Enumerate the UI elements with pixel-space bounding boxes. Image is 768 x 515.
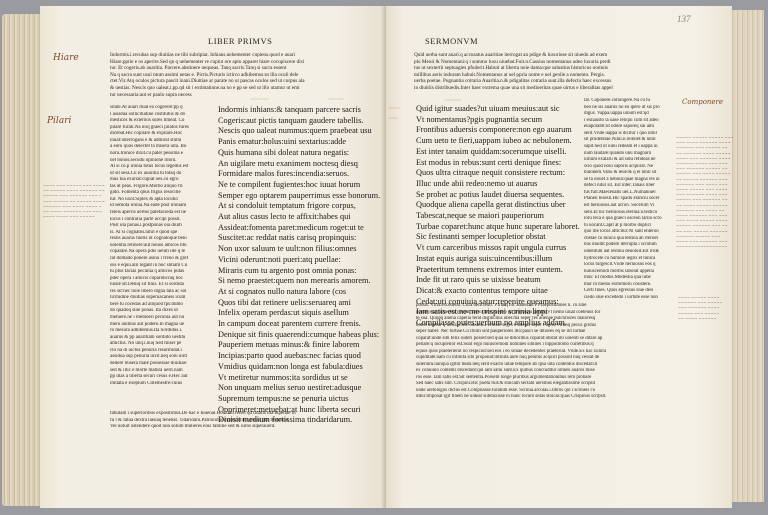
commentary-bottom-right: possis. Vltra.excededo. Citra deficiedo.…	[416, 303, 678, 401]
left-page: LIBER PRIMVS Hiare Pilari ~~~~ ~~~ ~~~~~…	[40, 6, 386, 508]
interlinear-gloss: ~~~~~~~~~	[444, 98, 461, 102]
margin-note-componere: Componere	[682, 98, 723, 106]
handwritten-marginalia-right: ~~~~~ ~~~~~ ~~~~~ ~~~~~~ ~~~~ ~~~~~~ ~~~…	[676, 136, 730, 250]
running-head-left: LIBER PRIMVS	[208, 36, 272, 46]
margin-note-pilari: Pilari	[47, 116, 71, 126]
handwritten-marginalia-left: ~~~~ ~~~ ~~~~~ ~~~ ~~~~~~ ~~~~~ ~~~~ ~~~…	[43, 184, 93, 220]
open-book: LIBER PRIMVS Hiare Pilari ~~~~ ~~~ ~~~~~…	[0, 0, 768, 515]
interlinear-gloss: ~~~~~	[388, 116, 397, 120]
interlinear-gloss: ~~~~ ~~~~	[328, 97, 344, 101]
commentary-right-column: lat. Coponere.cotiungere.Na cu tu beo ne…	[584, 98, 678, 301]
page-edges-right	[730, 10, 764, 502]
commentary-top-left: Indormis.i.recubas sup diuitias ne tibi …	[110, 52, 378, 98]
interlinear-gloss: ~~~~~~	[388, 106, 399, 110]
verse-text-left: Indormis inhians:& tanquam parcere sacri…	[218, 105, 383, 426]
commentary-top-right: Quid uerba sunt auari.q accusatus auarit…	[414, 52, 677, 92]
commentary-left-column: sitate.At auari ituat ea cogerere:pp q i…	[110, 105, 208, 387]
handwritten-marginalia-right-lower: ~~~~ ~~~~~ ~~~~~~~~~~ ~~~ ~~~~~~~~ ~~~~~…	[678, 296, 728, 322]
interlinear-gloss: ~~~~~~~~~~	[250, 97, 269, 101]
right-page: SERMONVM 137 Componere ~~~~~ ~~~~~ ~~~~~…	[386, 6, 732, 508]
verse-text-right: Quid igitur suades?ut uiuam meuius:aut s…	[416, 104, 574, 329]
running-head-right: SERMONVM	[425, 36, 478, 46]
margin-note-hiare: Hiare	[53, 53, 79, 63]
folio-number: 137	[677, 14, 691, 24]
